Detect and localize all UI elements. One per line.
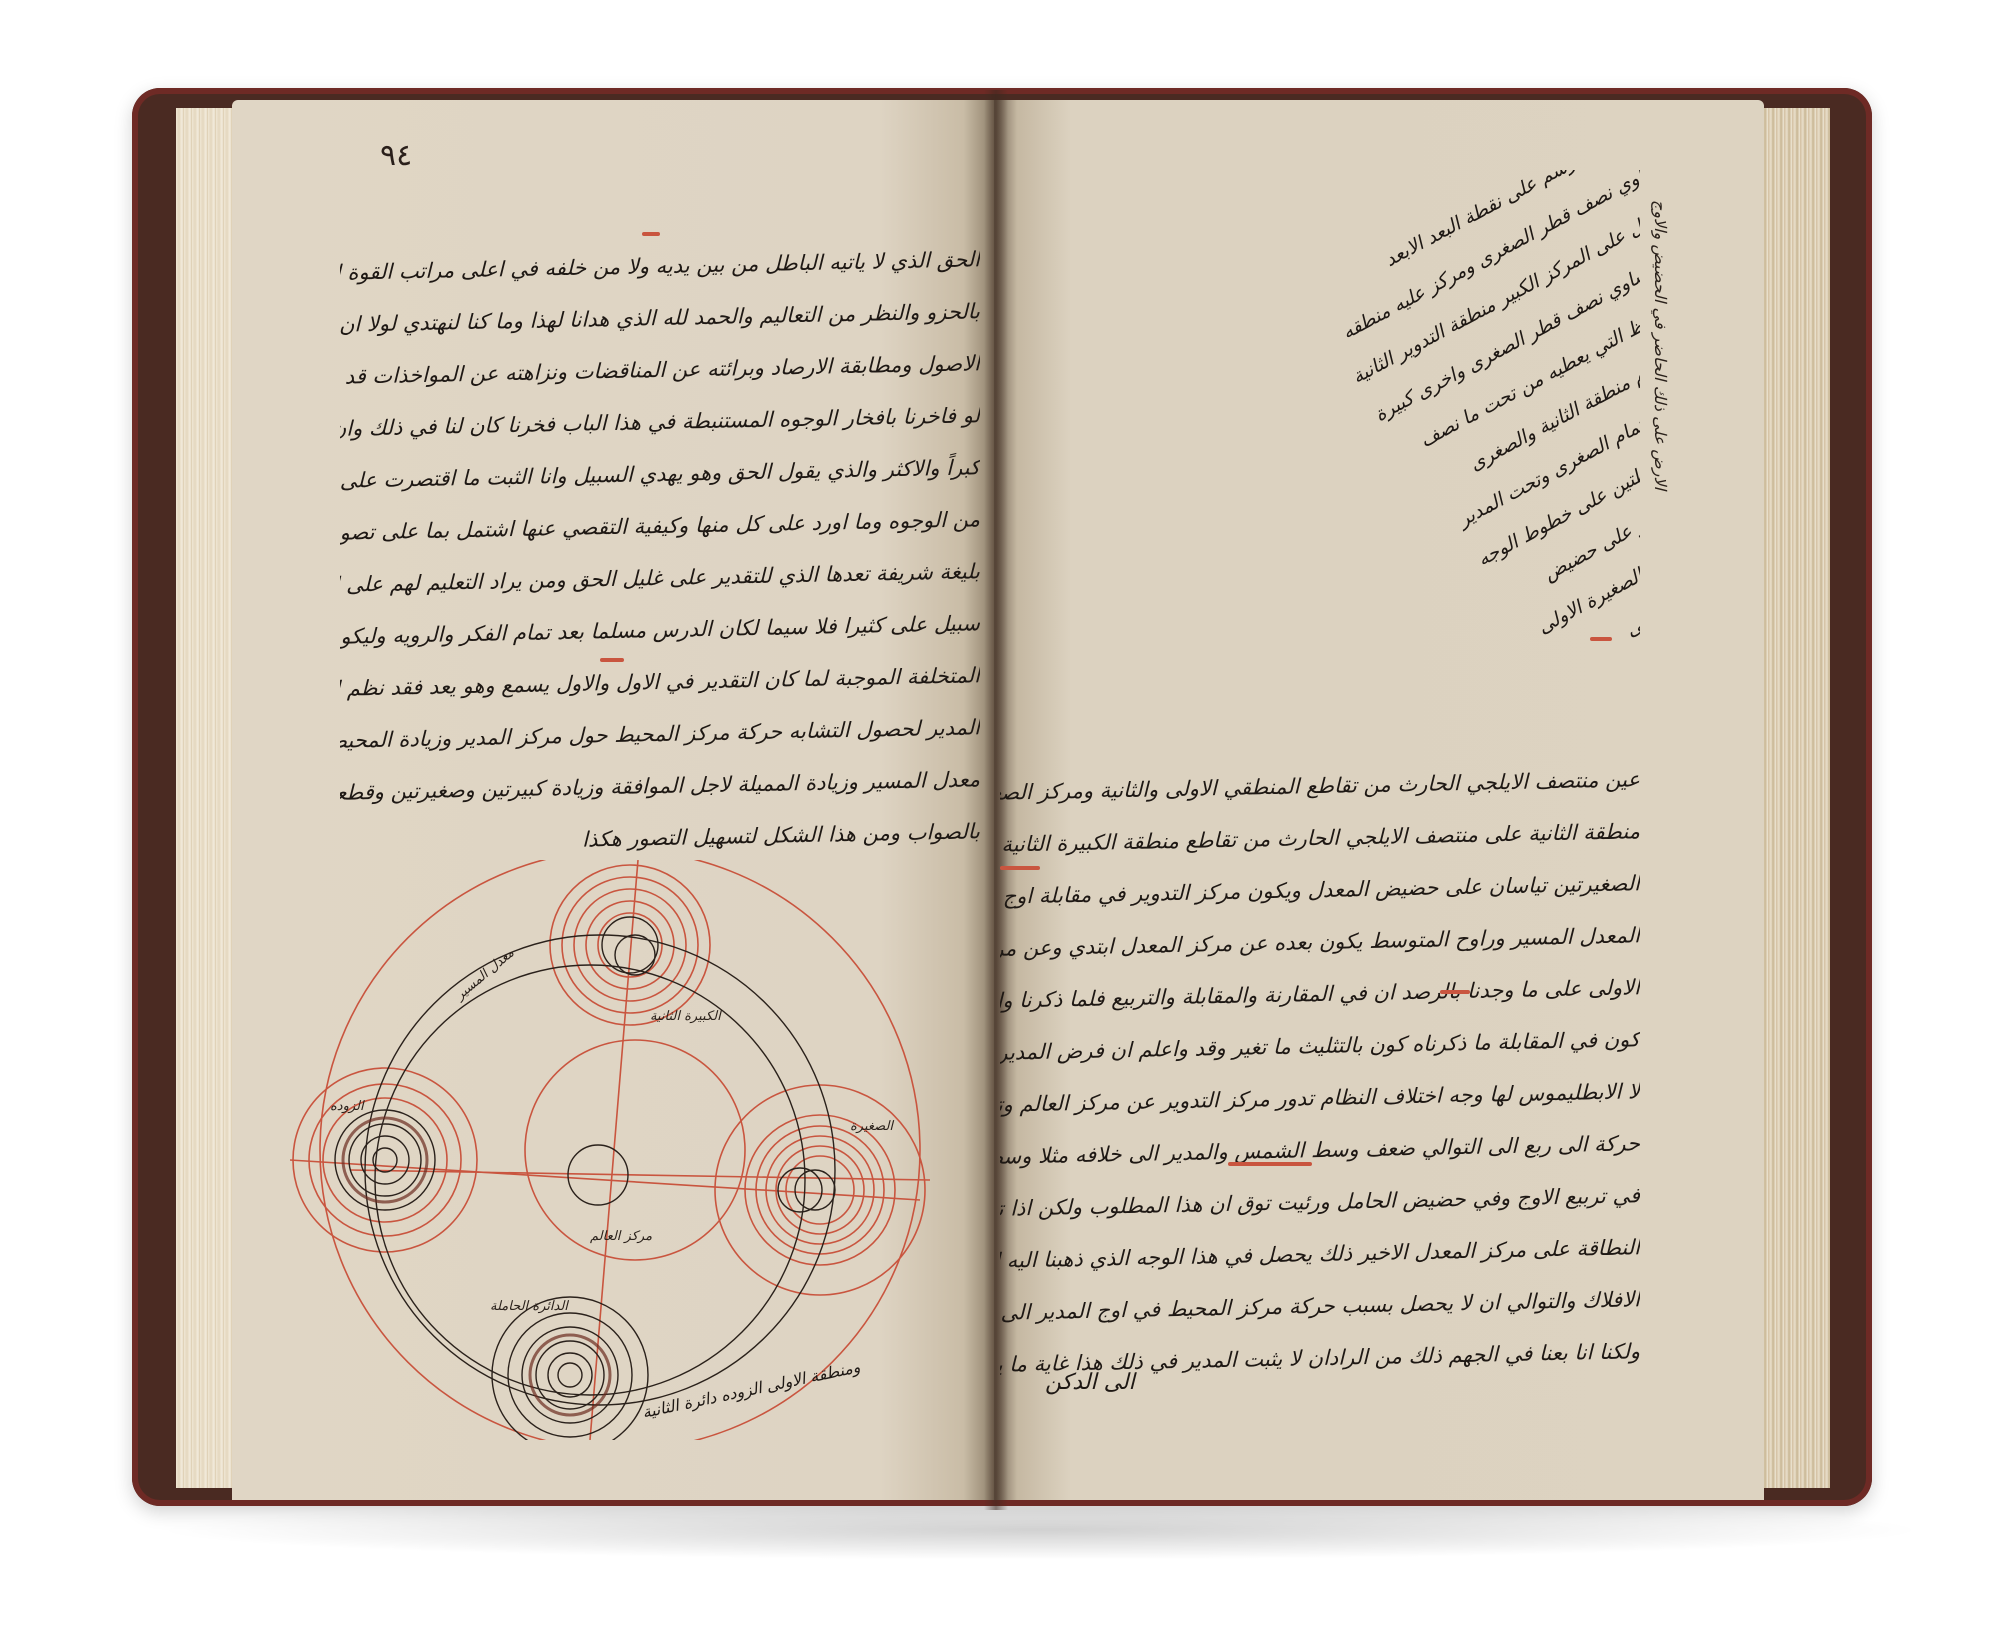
right-margin-note: الارض على ذلك الحاضر في الحضيض والاوج <box>1651 200 1670 490</box>
rubric-mark <box>1590 637 1612 641</box>
right-page-main-text: عين منتصف الايلجي الحارث من تقاطع المنطق… <box>1000 760 1640 1384</box>
astronomical-diagram: مركز العالم الكبيرة الثانية الزوده الصغي… <box>290 860 930 1440</box>
rubric-mark <box>600 658 624 662</box>
left-page-main-text: الحق الذي لا ياتيه الباطل من بين يديه ول… <box>340 240 980 864</box>
rubric-mark <box>1000 866 1040 870</box>
left-page-edges <box>176 108 236 1488</box>
diagram-label-top: الكبيرة الثانية <box>650 1009 722 1024</box>
right-catchword: الى الدكن <box>1045 1370 1135 1395</box>
diagram-label-right: الصغيرة <box>850 1119 894 1134</box>
diagram-label-outer: معدل المسير <box>451 946 517 1005</box>
right-page-diagonal-text: الاعلى اربعا وقد رسم نقطة الحضيض ثم رسم … <box>1000 170 1640 730</box>
rubric-mark <box>1228 1162 1312 1166</box>
diagram-label-left: الزوده <box>330 1099 365 1114</box>
rubric-mark <box>642 232 660 236</box>
diagram-label-bottom: الدائرة الحاملة <box>490 1299 569 1314</box>
right-page-edges <box>1760 108 1830 1488</box>
rubric-mark <box>1440 990 1470 994</box>
book-shadow <box>150 1500 1930 1560</box>
diagram-label-center: مركز العالم <box>590 1229 652 1244</box>
